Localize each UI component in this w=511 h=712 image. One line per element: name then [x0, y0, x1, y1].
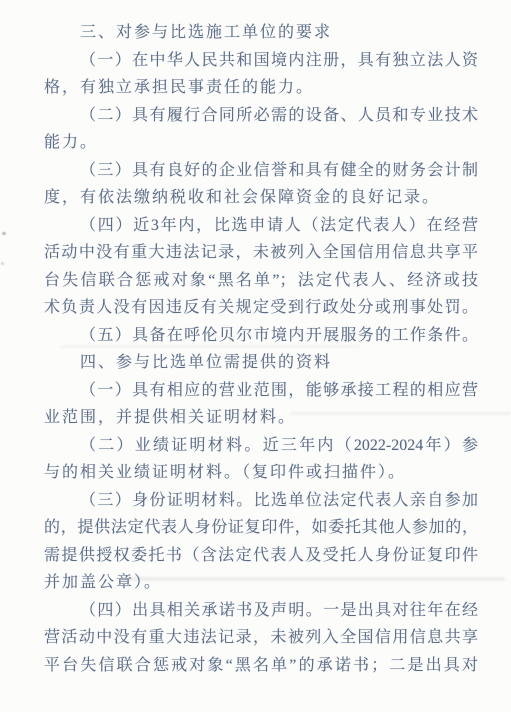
text-line: 需提供授权委托书（含法定代表人及受托人身份证复印件 [44, 542, 478, 570]
text-line: 平台失信联合惩戒对象“黑名单”的承诺书；二是出具对 [44, 652, 478, 680]
text-line: （二）具有履行合同所必需的设备、人员和专业技术 [44, 102, 478, 130]
text-line: 格，有独立承担民事责任的能力。 [44, 74, 478, 102]
text-line: 四、参与比选单位需提供的资料 [44, 349, 478, 377]
text-line: （四）出具相关承诺书及声明。一是出具对往年在经 [44, 597, 478, 625]
text-line: 三、对参与比选施工单位的要求 [44, 19, 478, 47]
text-line: 与的相关业绩证明材料。（复印件或扫描件）。 [44, 459, 478, 487]
text-line: 业范围，并提供相关证明材料。 [44, 404, 478, 432]
text-line: （四）近3年内，比选申请人（法定代表人）在经营 [44, 212, 478, 240]
document-page: 三、对参与比选施工单位的要求（一）在中华人民共和国境内注册，具有独立法人资格，有… [0, 0, 511, 712]
scan-artifact [2, 232, 6, 235]
text-line: 活动中没有重大违法记录，未被列入全国信用信息共享平 [44, 239, 478, 267]
text-line: （一）在中华人民共和国境内注册，具有独立法人资 [44, 47, 478, 75]
scan-artifact [1, 262, 4, 265]
text-line: 度，有依法缴纳税收和社会保障资金的良好记录。 [44, 184, 478, 212]
text-line: 的，提供法定代表人身份证复印件，如委托其他人参加的， [44, 514, 478, 542]
text-line: （二）业绩证明材料。近三年内（2022-2024年）参 [44, 432, 478, 460]
text-line: （五）具备在呼伦贝尔市境内开展服务的工作条件。 [44, 322, 478, 350]
text-line: （三）具有良好的企业信誉和具有健全的财务会计制 [44, 157, 478, 185]
document-text-block: 三、对参与比选施工单位的要求（一）在中华人民共和国境内注册，具有独立法人资格，有… [44, 19, 478, 679]
text-line: 并加盖公章）。 [44, 569, 478, 597]
text-line: 能力。 [44, 129, 478, 157]
text-line: （一）具有相应的营业范围，能够承接工程的相应营 [44, 377, 478, 405]
text-line: （三）身份证明材料。比选单位法定代表人亲自参加 [44, 487, 478, 515]
text-line: 营活动中没有重大违法记录，未被列入全国信用信息共享 [44, 624, 478, 652]
text-line: 台失信联合惩戒对象“黑名单”；法定代表人、经济或技 [44, 267, 478, 295]
text-line: 术负责人没有因违反有关规定受到行政处分或刑事处罚。 [44, 294, 478, 322]
